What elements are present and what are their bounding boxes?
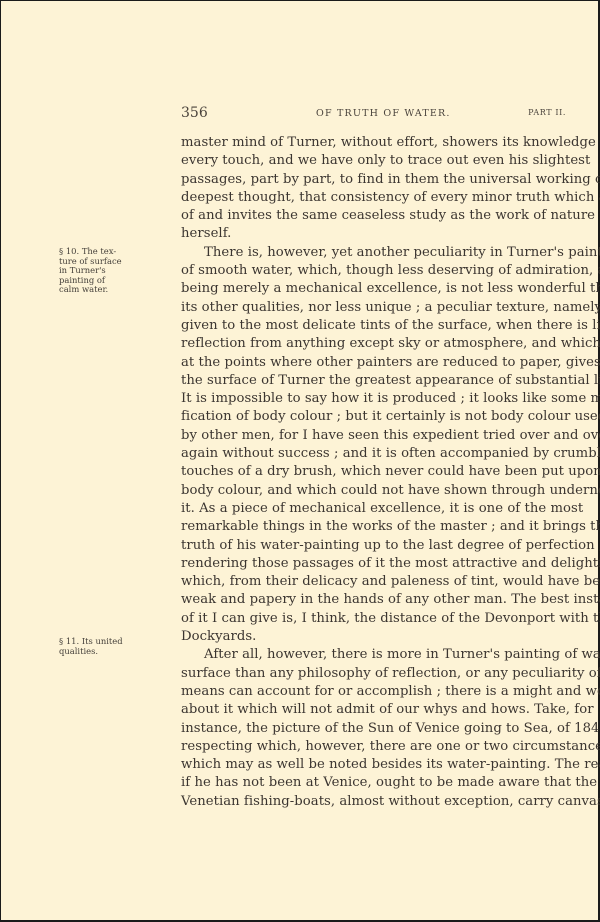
text-line: body colour, and which could not have sh… bbox=[181, 482, 565, 500]
paragraph-section-10: There is, however, yet another peculiari… bbox=[181, 244, 565, 647]
text-line: its other qualities, nor less unique ; a… bbox=[181, 299, 565, 317]
running-head: 356 OF TRUTH OF WATER. PART II. bbox=[181, 105, 566, 125]
text-line: the surface of Turner the greatest appea… bbox=[181, 372, 565, 390]
paragraph-section-11: After all, however, there is more in Tur… bbox=[181, 646, 565, 811]
text-line: There is, however, yet another peculiari… bbox=[181, 244, 565, 262]
text-line: reflection from anything except sky or a… bbox=[181, 335, 565, 353]
text-line: remarkable things in the works of the ma… bbox=[181, 518, 565, 536]
text-line: touches of a dry brush, which never coul… bbox=[181, 463, 565, 481]
text-line: being merely a mechanical excellence, is… bbox=[181, 280, 565, 298]
text-line: truth of his water-painting up to the la… bbox=[181, 537, 565, 555]
text-line: which, from their delicacy and paleness … bbox=[181, 573, 565, 591]
text-line: Dockyards. bbox=[181, 628, 565, 646]
text-line: surface than any philosophy of reflectio… bbox=[181, 665, 565, 683]
text-line: of smooth water, which, though less dese… bbox=[181, 262, 565, 280]
text-line: respecting which, however, there are one… bbox=[181, 738, 565, 756]
text-line: it. As a piece of mechanical excellence,… bbox=[181, 500, 565, 518]
text-line: at the points where other painters are r… bbox=[181, 354, 565, 372]
text-line: Venetian fishing-boats, almost without e… bbox=[181, 793, 565, 811]
chapter-title: OF TRUTH OF WATER. bbox=[316, 108, 451, 119]
body-text: master mind of Turner, without effort, s… bbox=[181, 134, 565, 811]
text-line: of and invites the same ceaseless study … bbox=[181, 207, 565, 225]
text-line: weak and papery in the hands of any othe… bbox=[181, 591, 565, 609]
text-line: deepest thought, that consistency of eve… bbox=[181, 189, 565, 207]
text-line: herself. bbox=[181, 225, 565, 243]
text-line: if he has not been at Venice, ought to b… bbox=[181, 774, 565, 792]
book-page: 356 OF TRUTH OF WATER. PART II. § 10. Th… bbox=[1, 1, 598, 920]
text-line: given to the most delicate tints of the … bbox=[181, 317, 565, 335]
sidenote-line: calm water. bbox=[59, 285, 159, 295]
sidenote-line: qualities. bbox=[59, 647, 159, 657]
page-number: 356 bbox=[181, 105, 208, 121]
text-line: rendering those passages of it the most … bbox=[181, 555, 565, 573]
text-line: about it which will not admit of our why… bbox=[181, 701, 565, 719]
text-line: means can account for or accomplish ; th… bbox=[181, 683, 565, 701]
text-line: by other men, for I have seen this exped… bbox=[181, 427, 565, 445]
text-line: After all, however, there is more in Tur… bbox=[181, 646, 565, 664]
text-line: which may as well be noted besides its w… bbox=[181, 756, 565, 774]
text-line: instance, the picture of the Sun of Veni… bbox=[181, 720, 565, 738]
text-line: It is impossible to say how it is produc… bbox=[181, 390, 565, 408]
text-line: every touch, and we have only to trace o… bbox=[181, 152, 565, 170]
paragraph-continuation: master mind of Turner, without effort, s… bbox=[181, 134, 565, 244]
part-label: PART II. bbox=[528, 108, 566, 117]
text-line: fication of body colour ; but it certain… bbox=[181, 408, 565, 426]
text-line: again without success ; and it is often … bbox=[181, 445, 565, 463]
text-line: passages, part by part, to find in them … bbox=[181, 171, 565, 189]
text-line: of it I can give is, I think, the distan… bbox=[181, 610, 565, 628]
sidenote-section-11: § 11. Its united qualities. bbox=[59, 637, 159, 656]
text-line: master mind of Turner, without effort, s… bbox=[181, 134, 565, 152]
sidenote-section-10: § 10. The tex- ture of surface in Turner… bbox=[59, 247, 159, 295]
